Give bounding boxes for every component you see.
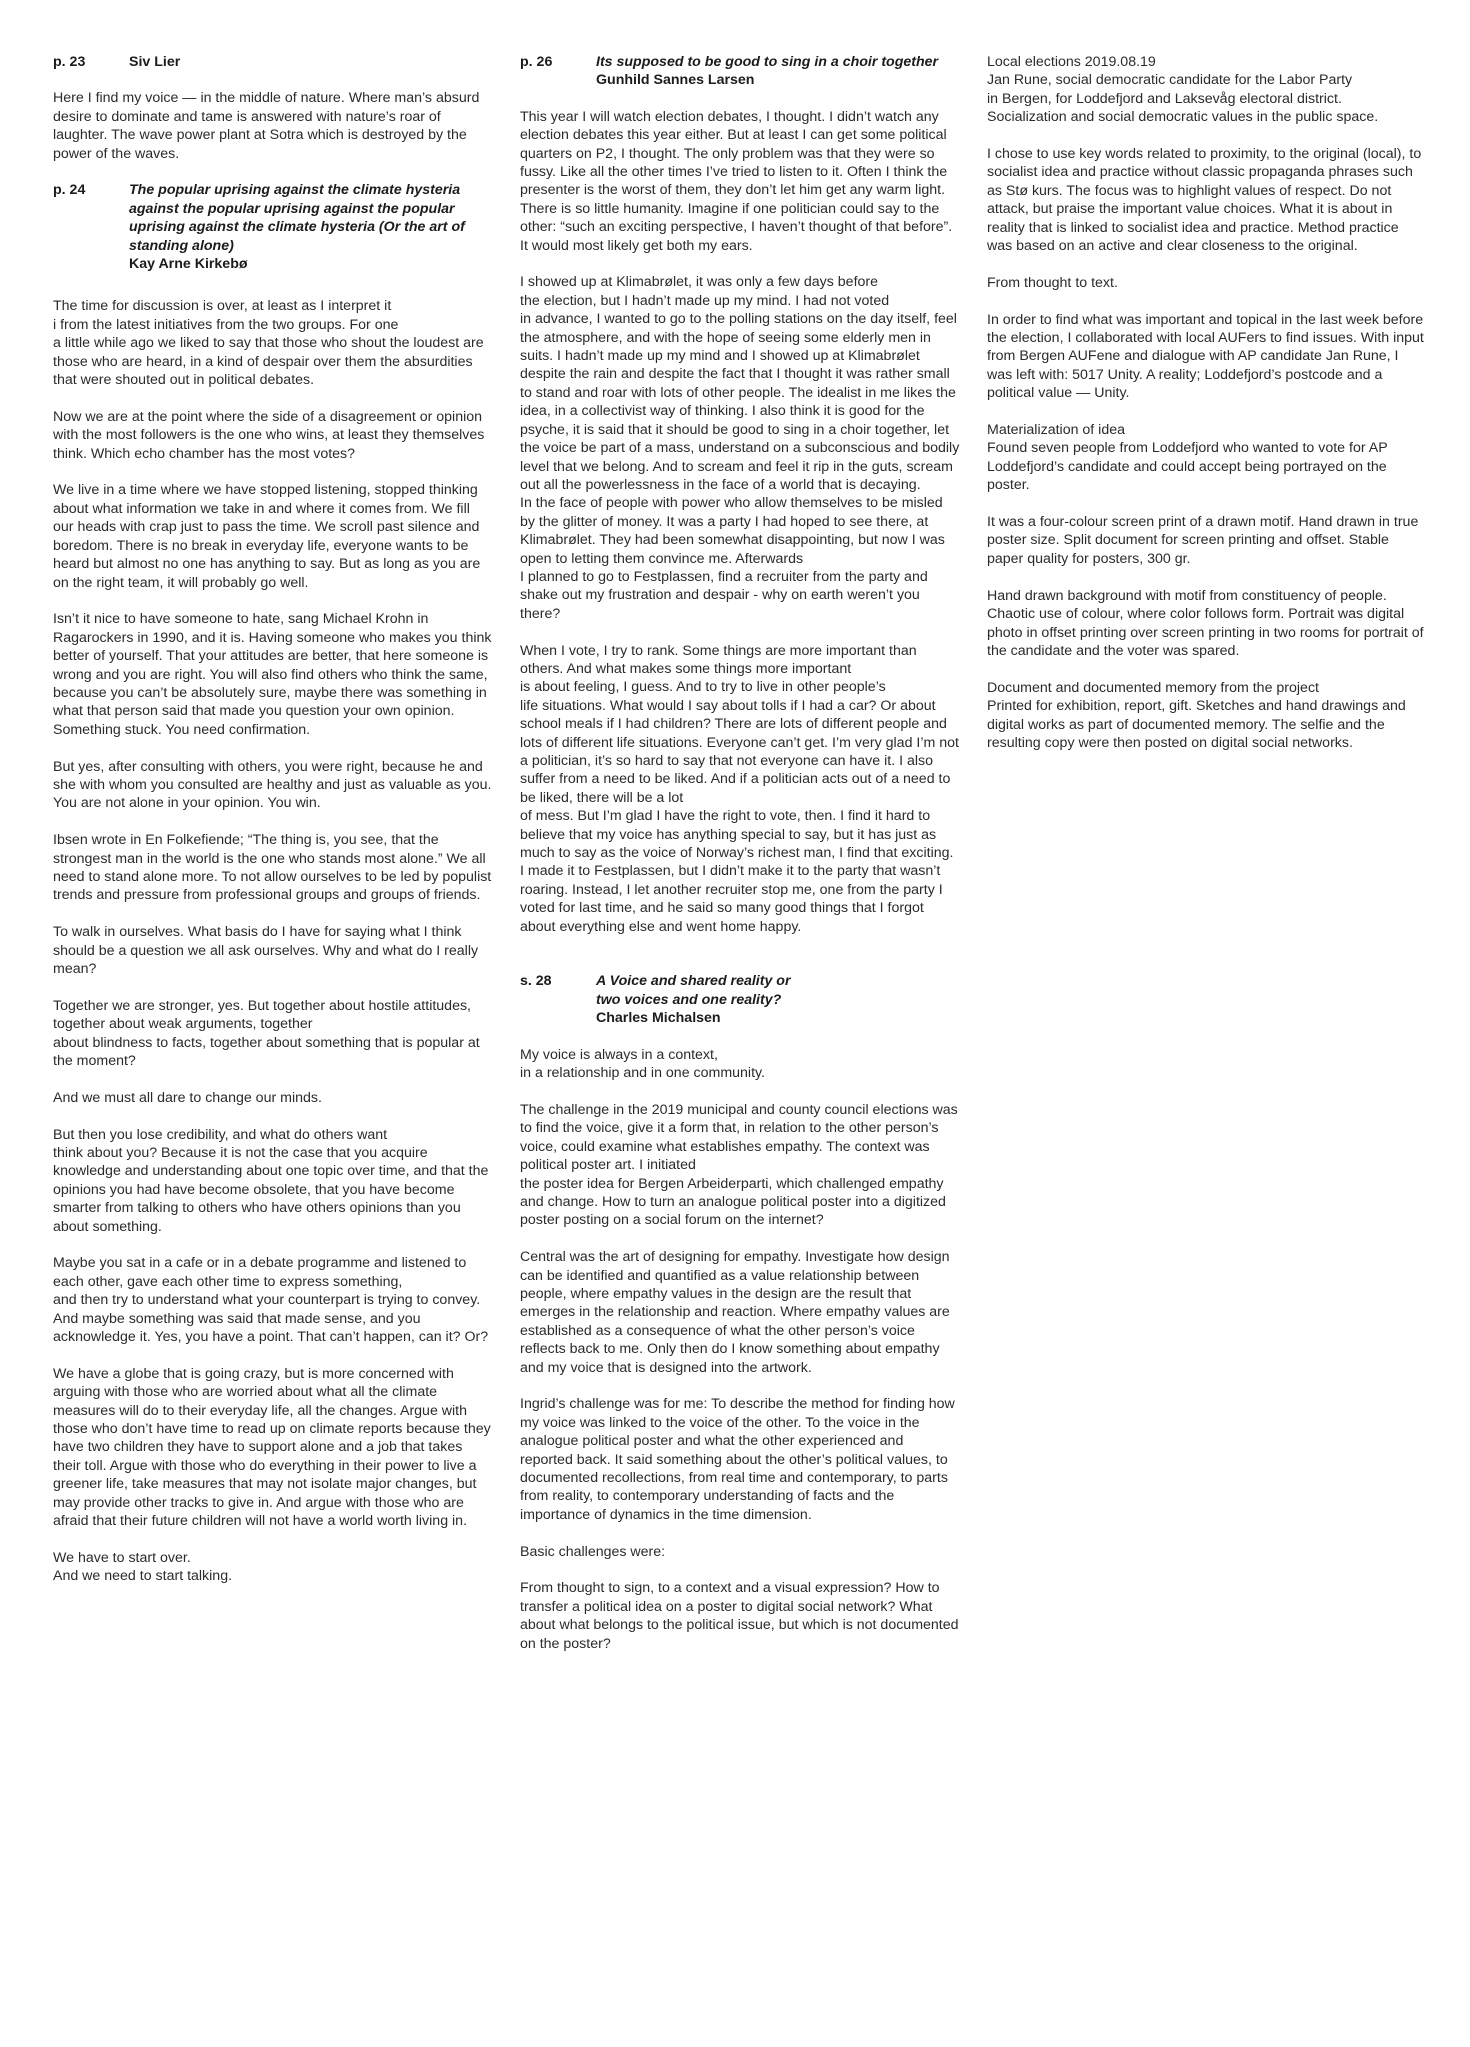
paragraph: In order to find what was important and …: [987, 311, 1427, 403]
paragraph: My voice is always in a context, in a re…: [520, 1046, 960, 1083]
section-heading: p. 24 The popular uprising against the c…: [53, 181, 493, 273]
section-title: The popular uprising against the climate…: [129, 181, 493, 255]
paragraph: I showed up at Klimabrølet, it was only …: [520, 273, 960, 623]
paragraph: We have a globe that is going crazy, but…: [53, 1365, 493, 1531]
paragraph: Document and documented memory from the …: [987, 679, 1427, 753]
paragraph: Here I find my voice — in the middle of …: [53, 89, 493, 163]
paragraph: From thought to sign, to a context and a…: [520, 1579, 960, 1653]
paragraph: The challenge in the 2019 municipal and …: [520, 1101, 960, 1230]
page-number: p. 23: [53, 53, 129, 71]
column-right: Local elections 2019.08.19 Jan Rune, soc…: [987, 53, 1427, 771]
column-left: p. 23 Siv Lier Here I find my voice — in…: [53, 53, 493, 1604]
paragraph: Hand drawn background with motif from co…: [987, 587, 1427, 661]
author-name: Kay Arne Kirkebø: [129, 255, 493, 273]
paragraph: When I vote, I try to rank. Some things …: [520, 642, 960, 937]
section-title: Its supposed to be good to sing in a cho…: [596, 53, 960, 71]
paragraph: This year I will watch election debates,…: [520, 108, 960, 255]
paragraph: And we must all dare to change our minds…: [53, 1089, 493, 1107]
paragraph: Ingrid’s challenge was for me: To descri…: [520, 1395, 960, 1524]
column-middle: p. 26 Its supposed to be good to sing in…: [520, 53, 960, 1671]
paragraph: I chose to use key words related to prox…: [987, 145, 1427, 255]
page-number: p. 24: [53, 181, 129, 273]
section-title: A Voice and shared reality or two voices…: [596, 972, 806, 1009]
paragraph: Central was the art of designing for emp…: [520, 1248, 960, 1377]
section-heading: p. 23 Siv Lier: [53, 53, 493, 71]
paragraph: We have to start over. And we need to st…: [53, 1549, 493, 1586]
paragraph: From thought to text.: [987, 274, 1427, 292]
document-page: p. 23 Siv Lier Here I find my voice — in…: [0, 0, 1470, 2047]
author-name: Siv Lier: [129, 53, 493, 71]
paragraph: Ibsen wrote in En Folkefiende; “The thin…: [53, 831, 493, 905]
paragraph: To walk in ourselves. What basis do I ha…: [53, 923, 493, 978]
paragraph: Maybe you sat in a cafe or in a debate p…: [53, 1254, 493, 1346]
paragraph: Basic challenges were:: [520, 1543, 960, 1561]
author-name: Charles Michalsen: [596, 1009, 806, 1027]
page-number: p. 26: [520, 53, 596, 90]
paragraph: Isn’t it nice to have someone to hate, s…: [53, 610, 493, 739]
paragraph: Together we are stronger, yes. But toget…: [53, 997, 493, 1071]
paragraph: But then you lose credibility, and what …: [53, 1126, 493, 1236]
paragraph: But yes, after consulting with others, y…: [53, 758, 493, 813]
paragraph: We live in a time where we have stopped …: [53, 481, 493, 591]
section-heading: s. 28 A Voice and shared reality or two …: [520, 972, 960, 1027]
author-name: Gunhild Sannes Larsen: [596, 71, 960, 89]
paragraph: Materialization of idea Found seven peop…: [987, 421, 1427, 495]
paragraph: Local elections 2019.08.19 Jan Rune, soc…: [987, 53, 1427, 127]
page-number: s. 28: [520, 972, 596, 1027]
paragraph: Now we are at the point where the side o…: [53, 408, 493, 463]
paragraph: The time for discussion is over, at leas…: [53, 297, 493, 389]
section-heading: p. 26 Its supposed to be good to sing in…: [520, 53, 960, 90]
paragraph: It was a four-colour screen print of a d…: [987, 513, 1427, 568]
